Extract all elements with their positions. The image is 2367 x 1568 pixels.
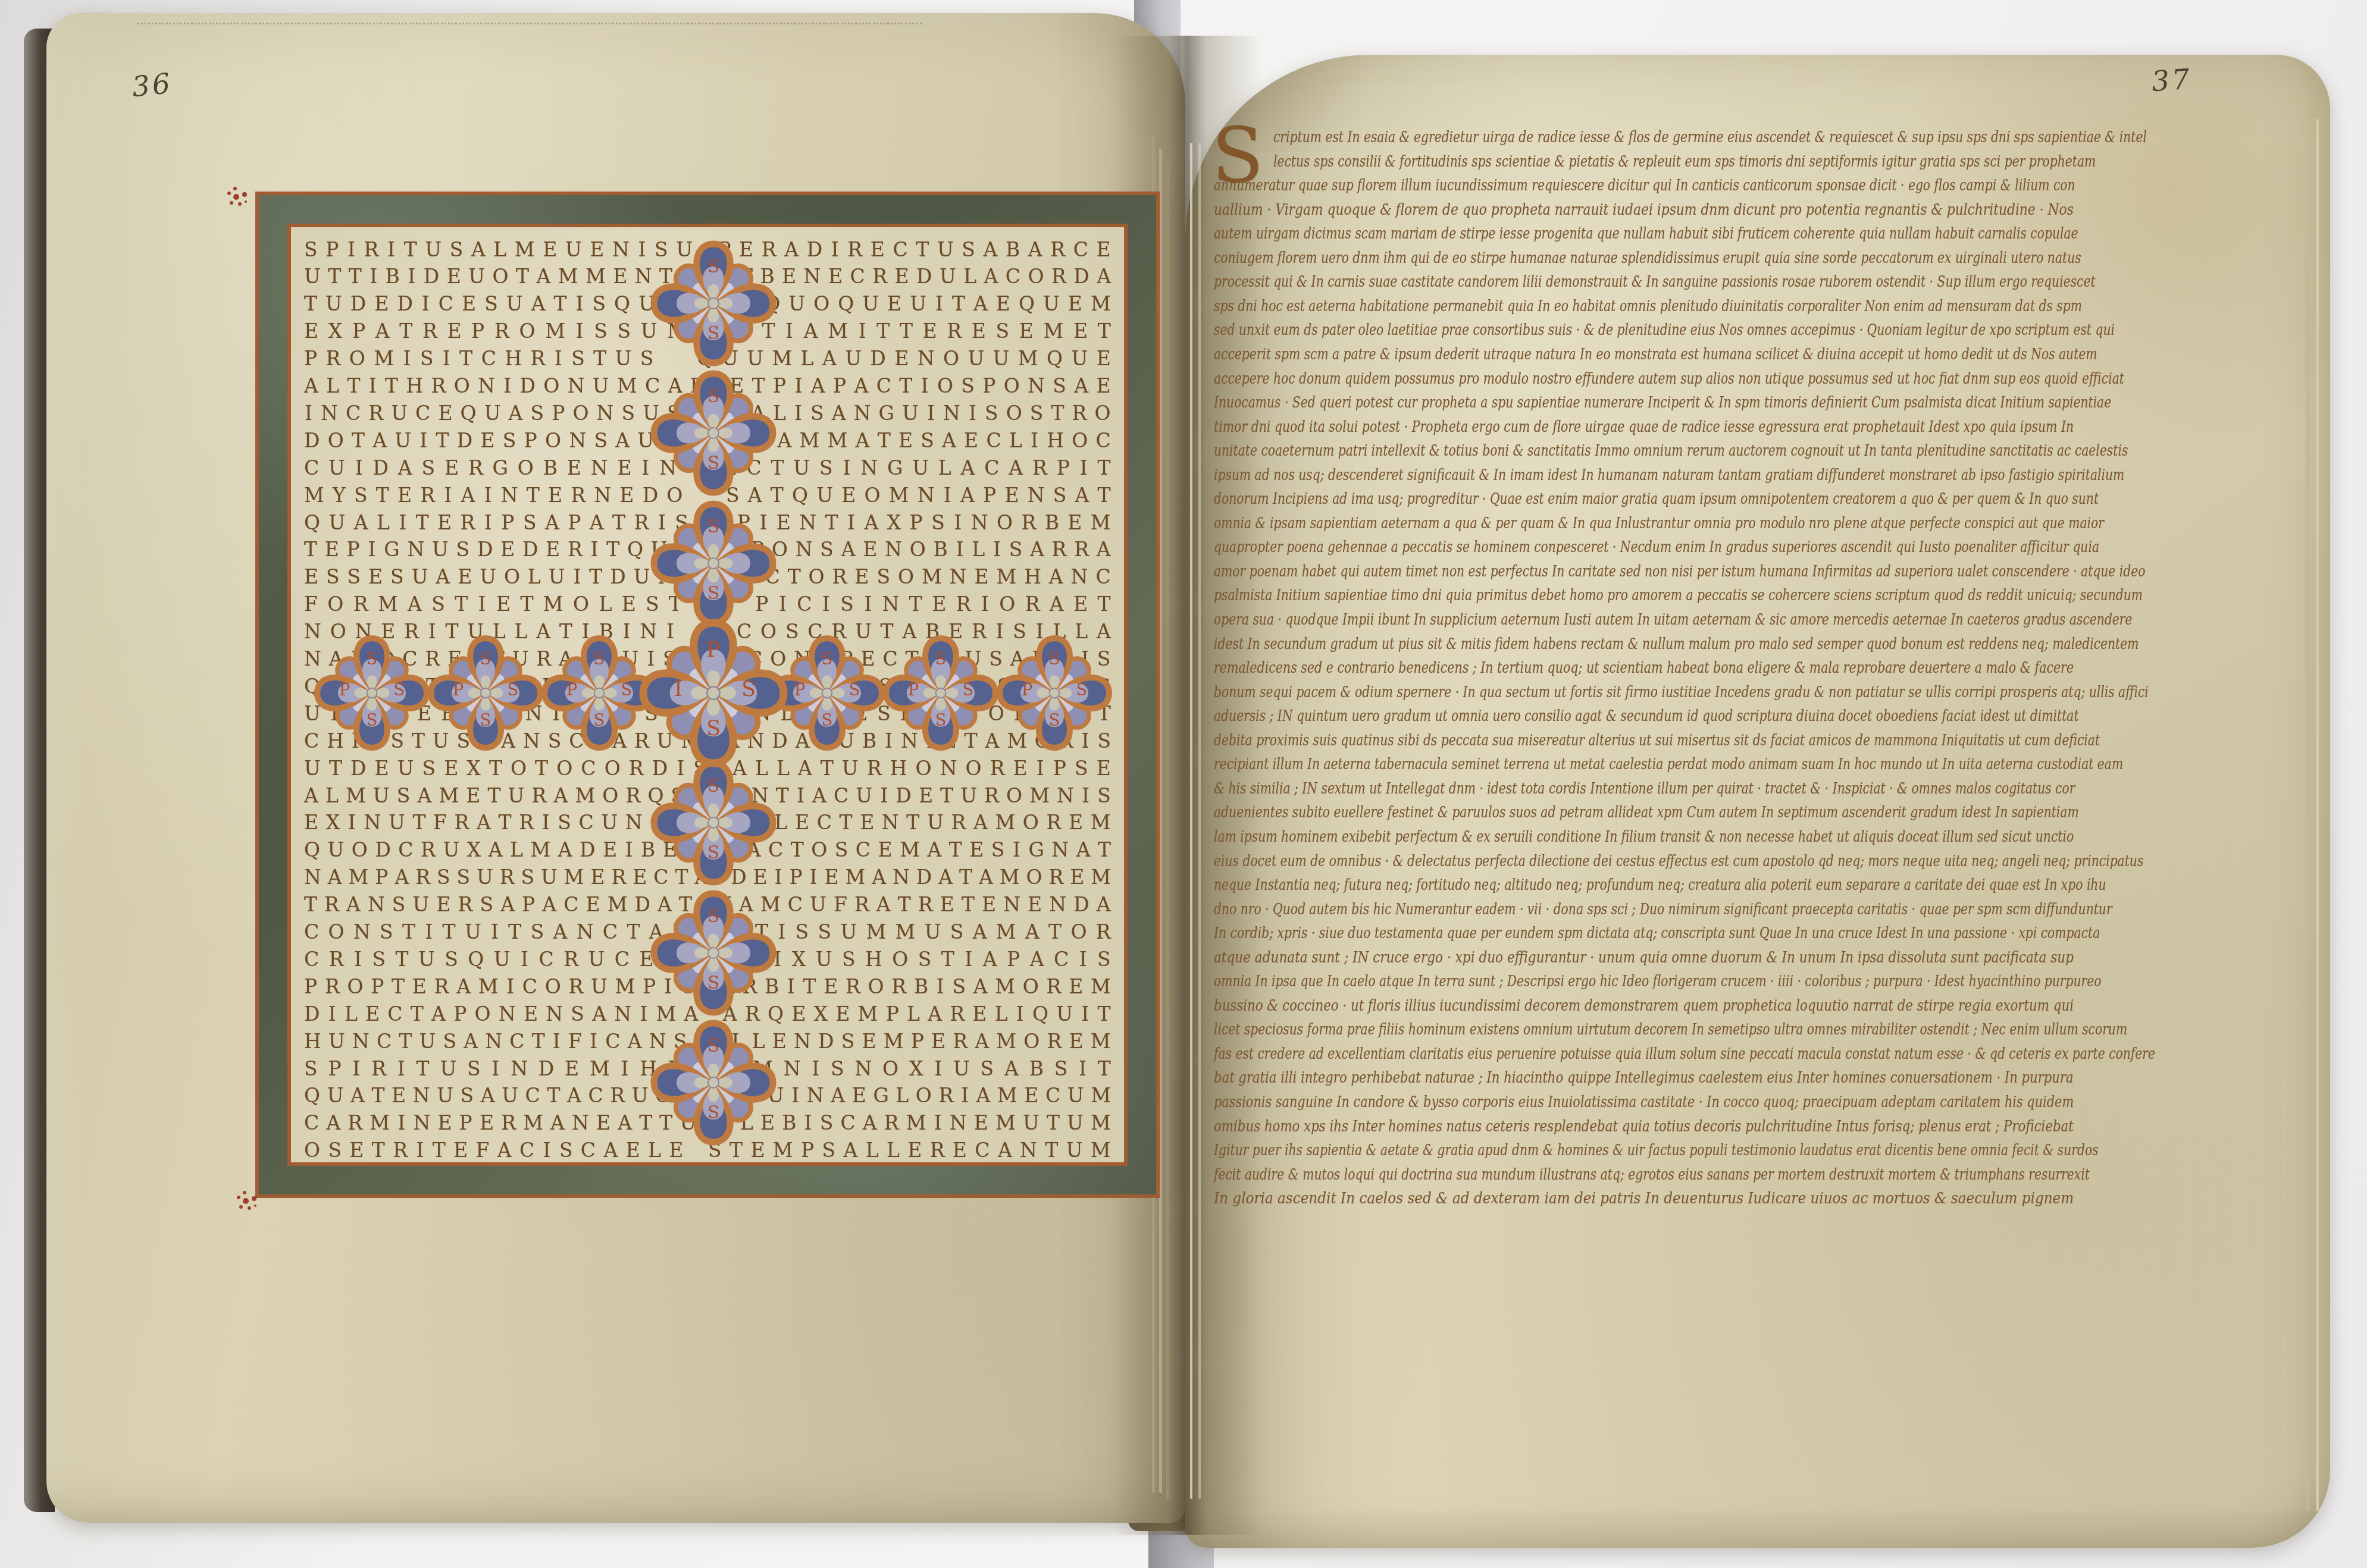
poem-grid-line: FORMASTIETMOLESTUPICISINTERIORAET [304,591,1111,618]
poem-grid-line: PROPTERAMICORUMPIUARBITERORBISAMOREM [304,973,1111,1000]
text-line: passionis sanguine In candore & bysso co… [1214,1093,2074,1111]
text-line: debita proximis suis quatinus sibi ds pe… [1214,732,2100,749]
text-line: accepere hoc donum quidem possumus pro m… [1214,370,2124,388]
poem-grid-line: NAMPARSSURSUMERECTADEIPIEMANDATAMOREM [304,864,1111,891]
text-line: uallium · Virgam quoque & florem de quo … [1214,201,2074,219]
poem-grid-line: QUODCRUXALMADEIBENFACTOSCEMATESIGNAT [304,836,1111,864]
poem-grid-line: DILECTAPONENSANIMAARQEXEMPLARELIQUIT [304,1000,1111,1027]
text-line: aduenientes subito euellere festinet & p… [1214,804,2079,821]
poem-grid-line: TRANSUERSAPACEMDATUAMCUFRATRETENENDA [304,891,1111,918]
red-dot-ornament-icon [233,194,239,200]
poem-grid-line: QUERITESAIASCIOSEPTHISDRESUMIS [304,672,1111,700]
red-dot-ornament-icon [243,1198,249,1204]
poem-grid-line: DOTAUITDESPONSAUITSCAMMATESAECLIHOC [304,427,1111,454]
text-line: quapropter poena gehennae a peccatis se … [1214,538,2099,556]
text-line: omibus homo xps ihs Inter homines natus … [1214,1118,2074,1136]
poem-grid-line: PROMISITCHRISTUSQUUMLAUDENOUUMQUE [304,345,1111,372]
text-line: Inuocamus · Sed queri potest cur prophet… [1214,394,2111,412]
poem-grid-line: UTTIBIDEUOTAMMENTEETBENECREDULACORDA [304,263,1111,290]
text-line: dno nro · Quod autem bis hic Numerantur … [1214,901,2112,918]
text-line: remaledicens sed e contrario benedicens … [1214,659,2074,677]
text-line: ipsum ad nos usq; descenderet significau… [1214,466,2124,484]
text-line: sed unxit eum ds pater oleo laetitiae pr… [1214,321,2115,339]
poem-grid-line: NONERITULLATIBINIICOSCRUTABERISILLA [304,618,1111,645]
text-line: processit qui & In carnis suae castitate… [1214,273,2096,291]
text-line: criptum est In esaia & egredietur uirga … [1273,128,2147,146]
text-line: amor poenam habet qui autem timet non es… [1214,563,2145,581]
poem-grid-line: QUALITERIPSAPATRISAPIENTIAXPSINORBEM [304,509,1111,536]
text-line: idest In secundum gradum ut pius sit & m… [1214,635,2139,653]
text-line: & his similia ; IN sextum ut Intellegat … [1214,780,2075,798]
poem-grid-line: ALMUSAMETURAMORQSCENTIACUIDETUROMNIS [304,782,1111,809]
poem-grid-line: MYSTERIAINTERNEDOSATQUEOMNIAPENSAT [304,481,1111,509]
text-line: fecit audire & mutos loqui qui doctrina … [1214,1166,2090,1184]
poem-grid-line: ALTITHRONIDONUMCARETPIAPACTIOSPONSAE [304,372,1111,400]
text-line: In cordib; xpris · siue duo testamenta q… [1214,924,2100,942]
poem-grid-line: CHRISTUSDANSCLARUMANDATUBINIETAMORIS [304,727,1111,754]
poem-grid-line: CUIDASERGOBENEINECTUSINGULACARPIT [304,454,1111,481]
folio-number-right: 37 [2150,63,2193,99]
poem-grid-line: CONSTITUITSANCTAEATISSUMMUSAMATOR [304,918,1111,946]
text-line: donorum Incipiens ad ima usq; progreditu… [1214,490,2099,508]
poem-grid-line: CARMINEPERMANEATTUPLEBISCARMINEMUTUM [304,1109,1111,1137]
poem-grid-line: NAMQCREATURAINUISANCONSPECTIBUSALMIS [304,645,1111,673]
text-line: acceperit spm scm a patre & ipsum dederi… [1214,346,2097,363]
poem-grid-line: UITETEBIENIMNSEUINDERESEATORFIT [304,700,1111,727]
text-line: recipiant illum In aeterna tabernacula s… [1214,755,2123,773]
text-line: lam ipsum hominem exibebit perfectum & e… [1214,828,2074,846]
poem-grid-line: CRISTUSQUICRUCEERFIXUSHOSTIAPACIS [304,945,1111,973]
manuscript-photo: { "manuscript": { "description": "Caroli… [0,0,2367,1568]
text-line: psalmista Initium sapientiae timo dni qu… [1214,587,2143,604]
poem-grid-line: EXPATREPROMISSUMNTIAMITTERESEMET [304,318,1111,345]
text-line: unitate coaeternum patri intellexit & to… [1214,442,2128,460]
text-line: bussino & coccineo · ut floris illius iu… [1214,997,2074,1015]
text-line: coniugem florem uero dnm ihm qui de eo s… [1214,249,2081,267]
text-line: bat gratia illi integro perhibebat natur… [1214,1069,2074,1087]
text-line: opera sua · quodque Impii ibunt In suppl… [1214,611,2133,629]
text-line: autem uirgam dicimus scam mariam de stir… [1214,225,2078,243]
gutter-fold-line [1198,143,1201,1499]
poem-grid-line: OSETRITEFACISCAELESTEMPSALLERECANTUM [304,1137,1111,1164]
text-line: timor dni quod ita solui potest · Prophe… [1214,418,2074,436]
text-line: eius docet eum de omnibus · & delectatus… [1214,852,2143,870]
poem-grid-line: TEPIGNUSDEDERITQUESPONSAENOBILISARRA [304,536,1111,563]
text-line: licet speciosus forma prae filiis hominu… [1214,1021,2127,1039]
poem-grid: SPIRITUSALMEUENISUPERADIRECTUSABARCEUTTI… [287,224,1128,1166]
text-line: neque Instantia neq; futura neq; fortitu… [1214,876,2106,894]
poem-grid-line: EXINUTFRATRISCUNCTIMPLECTENTURAMOREM [304,809,1111,836]
text-line: annumeratur quae sup florem illum iucund… [1214,177,2075,195]
gutter-fold-line [1190,143,1192,1499]
poem-grid-line: UTDEUSEXTOTOCORDISALLATURHONOREIPSE [304,754,1111,782]
poem-grid-line: INCRUCEQUASPONSUSRGALISANGUINISOSTRO [304,399,1111,427]
poem-frame: SPIRITUSALMEUENISUPERADIRECTUSABARCEUTTI… [258,194,1157,1196]
ruling-dots [137,23,922,24]
poem-grid-line: TUDEDICESUATISQUISESQUOQUEUITAEQUEM [304,290,1111,318]
text-line: lectus sps consilii & fortitudinis sps s… [1273,153,2096,171]
text-line: fas est credere ad excellentiam claritat… [1214,1045,2155,1063]
poem-grid-line: QUATENUSAUCTACRUCISDIUINAEGLORIAMECUM [304,1082,1111,1109]
poem-grid-line: HUNCTUSANCTIFICANSALLENDSEMPERAMOREM [304,1027,1111,1055]
poem-grid-line: ESSESUAEUOLUITDUMAUCTORESOMNEMHANC [304,563,1111,591]
text-line: Igitur puer ihs sapientia & aetate & gra… [1214,1141,2099,1159]
text-line: sps dni hoc est aeterna habitatione perm… [1214,297,2082,315]
text-line: aduersis ; IN quintum uero gradum ut omn… [1214,707,2079,725]
poem-grid-line: SPIRITUSALMEUENISUPERADIRECTUSABARCE [304,236,1111,263]
folio-number-left: 36 [130,67,174,104]
poem-grid-line: SPIRITUSINDEMIHIOMNISNOXIUSABSIT [304,1055,1111,1082]
text-line: atque adunata sunt ; IN cruce ergo · xpi… [1214,949,2074,967]
text-line: omnia In ipsa que In caelo atque In terr… [1214,973,2101,990]
text-line: In gloria ascendit In caelos sed & ad de… [1214,1190,2074,1208]
text-line: bonum sequi pacem & odium spernere · In … [1214,683,2149,701]
text-line: omnia & ipsam sapientiam aeternam a qua … [1214,515,2104,532]
